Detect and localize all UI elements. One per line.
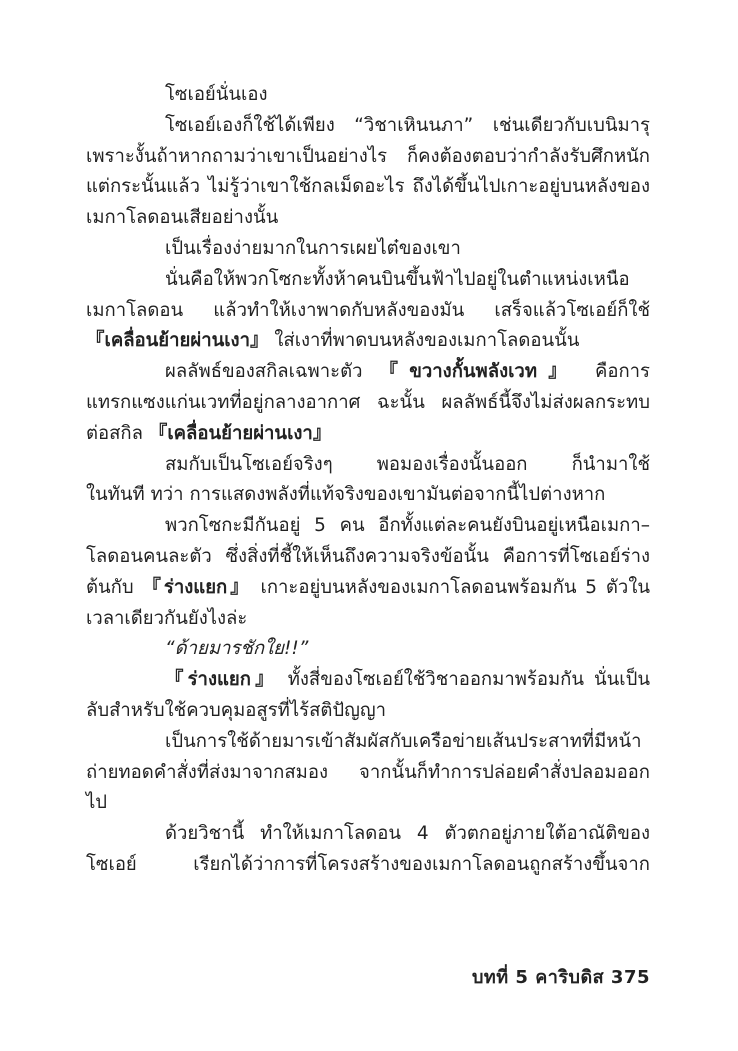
text-segment: คือการ: [578, 361, 650, 382]
text-line: ต่อสกิล 『เคลื่อนย้ายผ่านเงา』: [86, 419, 650, 450]
text-segment: โซเอย์เองก็ใช้ได้เพียง “วิชาเหินนภา” เช่…: [165, 115, 650, 136]
text-segment: เกาะอยู่บนหลังของเมกาโลดอนพร้อมกัน 5 ตัว…: [252, 577, 650, 598]
text-line: ต้นกับ 『ร่างแยก』 เกาะอยู่บนหลังของเมกาโล…: [86, 573, 650, 604]
page-footer: บทที่ 5 คาริบดิส 375: [472, 962, 650, 991]
text-segment: ต่อสกิล: [86, 423, 149, 444]
text-segment: เพราะงั้นถ้าหากถามว่าเขาเป็นอย่างไร ก็คง…: [86, 146, 650, 167]
spoken-line: “ด้ายมารชักใย!!”: [165, 638, 308, 659]
text-line: 『เคลื่อนย้ายผ่านเงา』 ใส่เงาที่พาดบนหลังข…: [86, 326, 650, 357]
text-segment: ลับสำหรับใช้ควบคุมอสูรที่ไร้สติปัญญา: [86, 700, 386, 721]
chapter-label: บทที่ 5 คาริบดิส: [472, 967, 604, 988]
text-segment: ใส่เงาที่พาดบนหลังของเมกาโลดอนนั้น: [268, 330, 579, 351]
text-line: เพราะงั้นถ้าหากถามว่าเขาเป็นอย่างไร ก็คง…: [86, 142, 650, 173]
text-line: ด้วยวิชานี้ ทำให้เมกาโลดอน 4 ตัวตกอยู่ภา…: [86, 819, 650, 850]
text-segment: พวกโซกะมีกันอยู่ 5 คน อีกทั้งแต่ละคนยังบ…: [165, 515, 650, 536]
text-segment: แทรกแซงแก่นเวทที่อยู่กลางอากาศ ฉะนั้น ผล…: [86, 392, 650, 413]
text-line: พวกโซกะมีกันอยู่ 5 คน อีกทั้งแต่ละคนยังบ…: [86, 511, 650, 542]
text-line: “ด้ายมารชักใย!!”: [86, 634, 650, 665]
body-text: โซเอย์นั่นเองโซเอย์เองก็ใช้ได้เพียง “วิช…: [86, 80, 650, 881]
text-line: ผลลัพธ์ของสกิลเฉพาะตัว 『ขวางกั้นพลังเวท』…: [86, 357, 650, 388]
text-line: เป็นการใช้ด้ายมารเข้าสัมผัสกับเครือข่ายเ…: [86, 727, 650, 758]
text-line: โลดอนคนละตัว ซึ่งสิ่งที่ชี้ให้เห็นถึงควา…: [86, 542, 650, 573]
text-line: ในทันที ทว่า การแสดงพลังที่แท้จริงของเขา…: [86, 480, 650, 511]
text-line: นั่นคือให้พวกโซกะทั้งห้าคนบินขึ้นฟ้าไปอย…: [86, 265, 650, 296]
text-line: โซเอย์เองก็ใช้ได้เพียง “วิชาเหินนภา” เช่…: [86, 111, 650, 142]
skill-name: 『เคลื่อนย้ายผ่านเงา』: [86, 330, 268, 351]
book-page: โซเอย์นั่นเองโซเอย์เองก็ใช้ได้เพียง “วิช…: [0, 0, 738, 1051]
text-line: 『ร่างแยก』 ทั้งสี่ของโซเอย์ใช้วิชาออกมาพร…: [86, 665, 650, 696]
text-line: แต่กระนั้นแล้ว ไม่รู้ว่าเขาใช้กลเม็ดอะไร…: [86, 172, 650, 203]
page-number: 375: [611, 967, 650, 988]
text-segment: สมกับเป็นโซเอย์จริงๆ พอมองเรื่องนั้นออก …: [165, 454, 650, 481]
text-line: เมกาโลดอนเสียอย่างนั้น: [86, 203, 650, 234]
text-segment: ไป: [86, 792, 107, 813]
text-segment: ผลลัพธ์ของสกิลเฉพาะตัว: [165, 361, 380, 382]
text-segment: เมกาโลดอน แล้วทำให้เงาพาดกับหลังของมัน เ…: [86, 300, 650, 321]
text-line: เมกาโลดอน แล้วทำให้เงาพาดกับหลังของมัน เ…: [86, 296, 650, 327]
skill-name: 『ร่างแยก』: [142, 577, 251, 598]
skill-name: 『เคลื่อนย้ายผ่านเงา』: [149, 423, 331, 444]
text-segment: โซเอย์ เรียกได้ว่าการที่โครงสร้างของเมกา…: [86, 854, 650, 881]
text-line: ถ่ายทอดคำสั่งที่ส่งมาจากสมอง จากนั้นก็ทำ…: [86, 758, 650, 789]
text-segment: ในทันที ทว่า การแสดงพลังที่แท้จริงของเขา…: [86, 484, 605, 505]
text-segment: ต้นกับ: [86, 577, 142, 598]
text-segment: นั่นคือให้พวกโซกะทั้งห้าคนบินขึ้นฟ้าไปอย…: [165, 269, 630, 290]
text-segment: เป็นการใช้ด้ายมารเข้าสัมผัสกับเครือข่ายเ…: [165, 731, 642, 758]
skill-name: 『ขวางกั้นพลังเวท』: [380, 361, 578, 382]
text-line: สมกับเป็นโซเอย์จริงๆ พอมองเรื่องนั้นออก …: [86, 450, 650, 481]
text-segment: โซเอย์นั่นเอง: [165, 84, 268, 105]
skill-name: 『ร่างแยก』: [165, 669, 278, 690]
text-line: แทรกแซงแก่นเวทที่อยู่กลางอากาศ ฉะนั้น ผล…: [86, 388, 650, 419]
text-line: ลับสำหรับใช้ควบคุมอสูรที่ไร้สติปัญญา: [86, 696, 650, 727]
text-line: เวลาเดียวกันยังไงล่ะ: [86, 604, 650, 635]
text-segment: ถ่ายทอดคำสั่งที่ส่งมาจากสมอง จากนั้นก็ทำ…: [86, 762, 650, 783]
text-segment: แต่กระนั้นแล้ว ไม่รู้ว่าเขาใช้กลเม็ดอะไร…: [86, 176, 650, 197]
text-segment: ด้วยวิชานี้ ทำให้เมกาโลดอน 4 ตัวตกอยู่ภา…: [165, 823, 650, 844]
text-segment: เวลาเดียวกันยังไงล่ะ: [86, 608, 247, 629]
text-line: ไป: [86, 788, 650, 819]
text-line: โซเอย์ เรียกได้ว่าการที่โครงสร้างของเมกา…: [86, 850, 650, 881]
text-segment: เมกาโลดอนเสียอย่างนั้น: [86, 207, 278, 228]
text-line: โซเอย์นั่นเอง: [86, 80, 650, 111]
text-segment: โลดอนคนละตัว ซึ่งสิ่งที่ชี้ให้เห็นถึงควา…: [86, 546, 650, 567]
text-segment: เป็นเรื่องง่ายมากในการเผยไต๋ของเขา: [165, 238, 461, 259]
text-line: เป็นเรื่องง่ายมากในการเผยไต๋ของเขา: [86, 234, 650, 265]
